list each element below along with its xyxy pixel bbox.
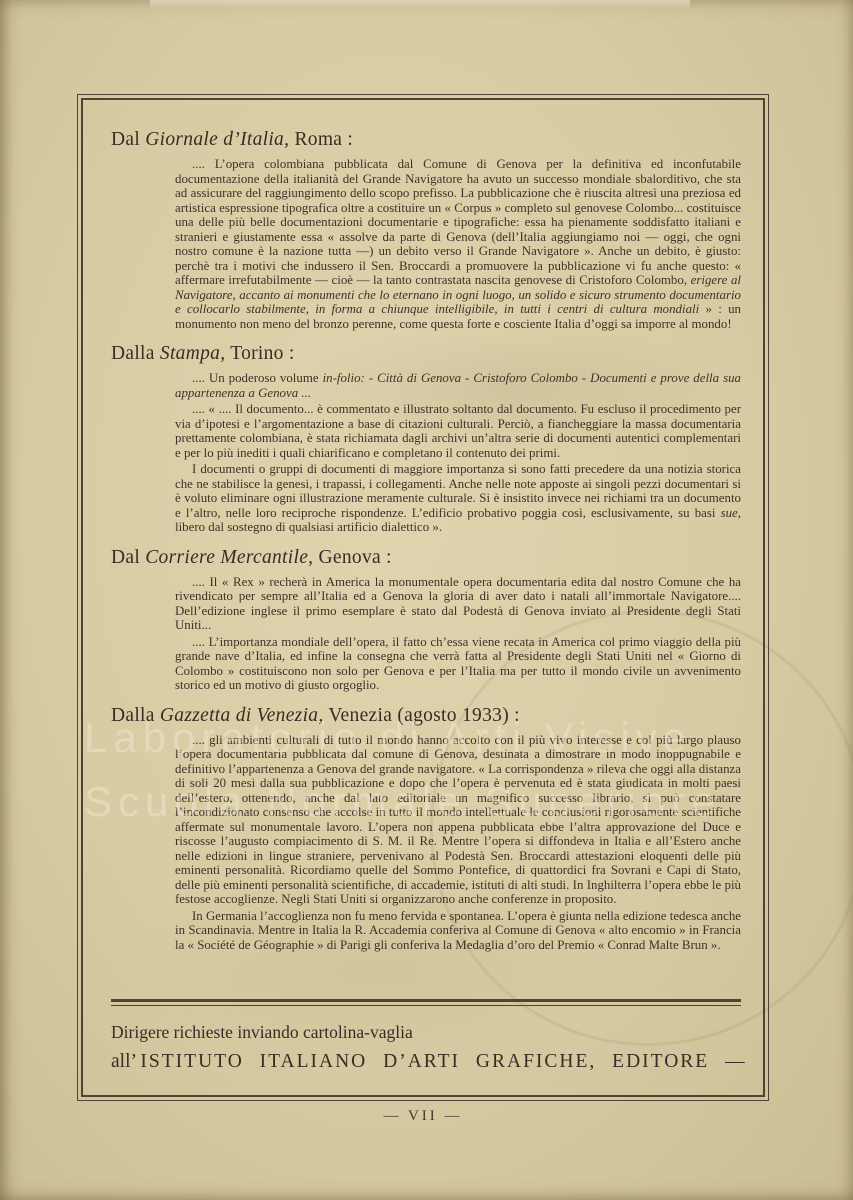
paper-edge-highlight	[150, 0, 690, 9]
heading-place: Genova :	[313, 547, 392, 568]
review-paragraph: .... gli ambienti culturali di tutto il …	[175, 733, 741, 907]
newspaper-name: Giornale d’Italia,	[145, 129, 289, 150]
heading-prefix: Dalla	[111, 343, 160, 364]
section-corriere-mercantile: Dal Corriere Mercantile, Genova : .... I…	[111, 546, 741, 693]
publisher-footer: Dirigere richieste inviando cartolina-va…	[111, 991, 741, 1073]
text-segment: .... gli ambienti culturali di tutto il …	[175, 733, 741, 907]
scanned-book-page: Dal Giornale d’Italia, Roma : .... L’ope…	[0, 0, 853, 1200]
text-segment: .... L’opera colombiana pubblicata dal C…	[175, 157, 741, 287]
text-segment: .... L’importanza mondiale dell’opera, i…	[175, 635, 741, 693]
publisher-name: ISTITUTO ITALIANO D’ARTI GRAFICHE, EDITO…	[140, 1051, 765, 1072]
heading-place: Venezia (agosto 1933) :	[324, 705, 520, 726]
order-instruction: Dirigere richieste inviando cartolina-va…	[111, 1022, 741, 1043]
press-reviews: Dal Giornale d’Italia, Roma : .... L’ope…	[111, 128, 741, 954]
section-gazzetta-venezia: Dalla Gazzetta di Venezia, Venezia (agos…	[111, 704, 741, 953]
page-border-frame: Dal Giornale d’Italia, Roma : .... L’ope…	[77, 94, 769, 1101]
review-paragraph: .... Il « Rex » recherà in America la mo…	[175, 575, 741, 633]
page-number: — VII —	[77, 1108, 769, 1125]
newspaper-name: Corriere Mercantile,	[145, 547, 313, 568]
text-segment: .... Un poderoso volume	[192, 371, 323, 385]
page-content: Dal Giornale d’Italia, Roma : .... L’ope…	[83, 100, 763, 1095]
double-rule	[111, 999, 741, 1006]
review-paragraph: .... L’importanza mondiale dell’opera, i…	[175, 635, 741, 693]
text-segment: I documenti o gruppi di documenti di mag…	[175, 462, 741, 520]
section-heading: Dalla Stampa, Torino :	[111, 342, 741, 365]
text-segment: .... Il « Rex » recherà in America la mo…	[175, 575, 741, 633]
heading-place: Torino :	[225, 343, 294, 364]
review-paragraph: I documenti o gruppi di documenti di mag…	[175, 462, 741, 535]
heading-prefix: Dalla	[111, 705, 160, 726]
publisher-prefix: all’	[111, 1051, 140, 1072]
heading-prefix: Dal	[111, 129, 145, 150]
section-heading: Dal Corriere Mercantile, Genova :	[111, 546, 741, 569]
newspaper-name: Stampa,	[160, 343, 225, 364]
review-paragraph: In Germania l’accoglienza non fu meno fe…	[175, 909, 741, 953]
review-paragraph: .... « .... Il documento... è commentato…	[175, 402, 741, 460]
text-segment: .... « .... Il documento... è commentato…	[175, 402, 741, 460]
text-segment: In Germania l’accoglienza non fu meno fe…	[175, 909, 741, 952]
review-paragraph: .... Un poderoso volume in-folio: - Citt…	[175, 371, 741, 400]
section-giornale-italia: Dal Giornale d’Italia, Roma : .... L’ope…	[111, 128, 741, 331]
review-paragraph: .... L’opera colombiana pubblicata dal C…	[175, 157, 741, 331]
page-border-frame-inner: Dal Giornale d’Italia, Roma : .... L’ope…	[81, 98, 765, 1097]
newspaper-name: Gazzetta di Venezia,	[160, 705, 324, 726]
section-heading: Dalla Gazzetta di Venezia, Venezia (agos…	[111, 704, 741, 727]
publisher-line: all’ ISTITUTO ITALIANO D’ARTI GRAFICHE, …	[111, 1051, 741, 1073]
text-segment-italic: sue	[721, 506, 738, 520]
section-stampa: Dalla Stampa, Torino : .... Un poderoso …	[111, 342, 741, 535]
section-heading: Dal Giornale d’Italia, Roma :	[111, 128, 741, 151]
heading-prefix: Dal	[111, 547, 145, 568]
heading-place: Roma :	[289, 129, 353, 150]
